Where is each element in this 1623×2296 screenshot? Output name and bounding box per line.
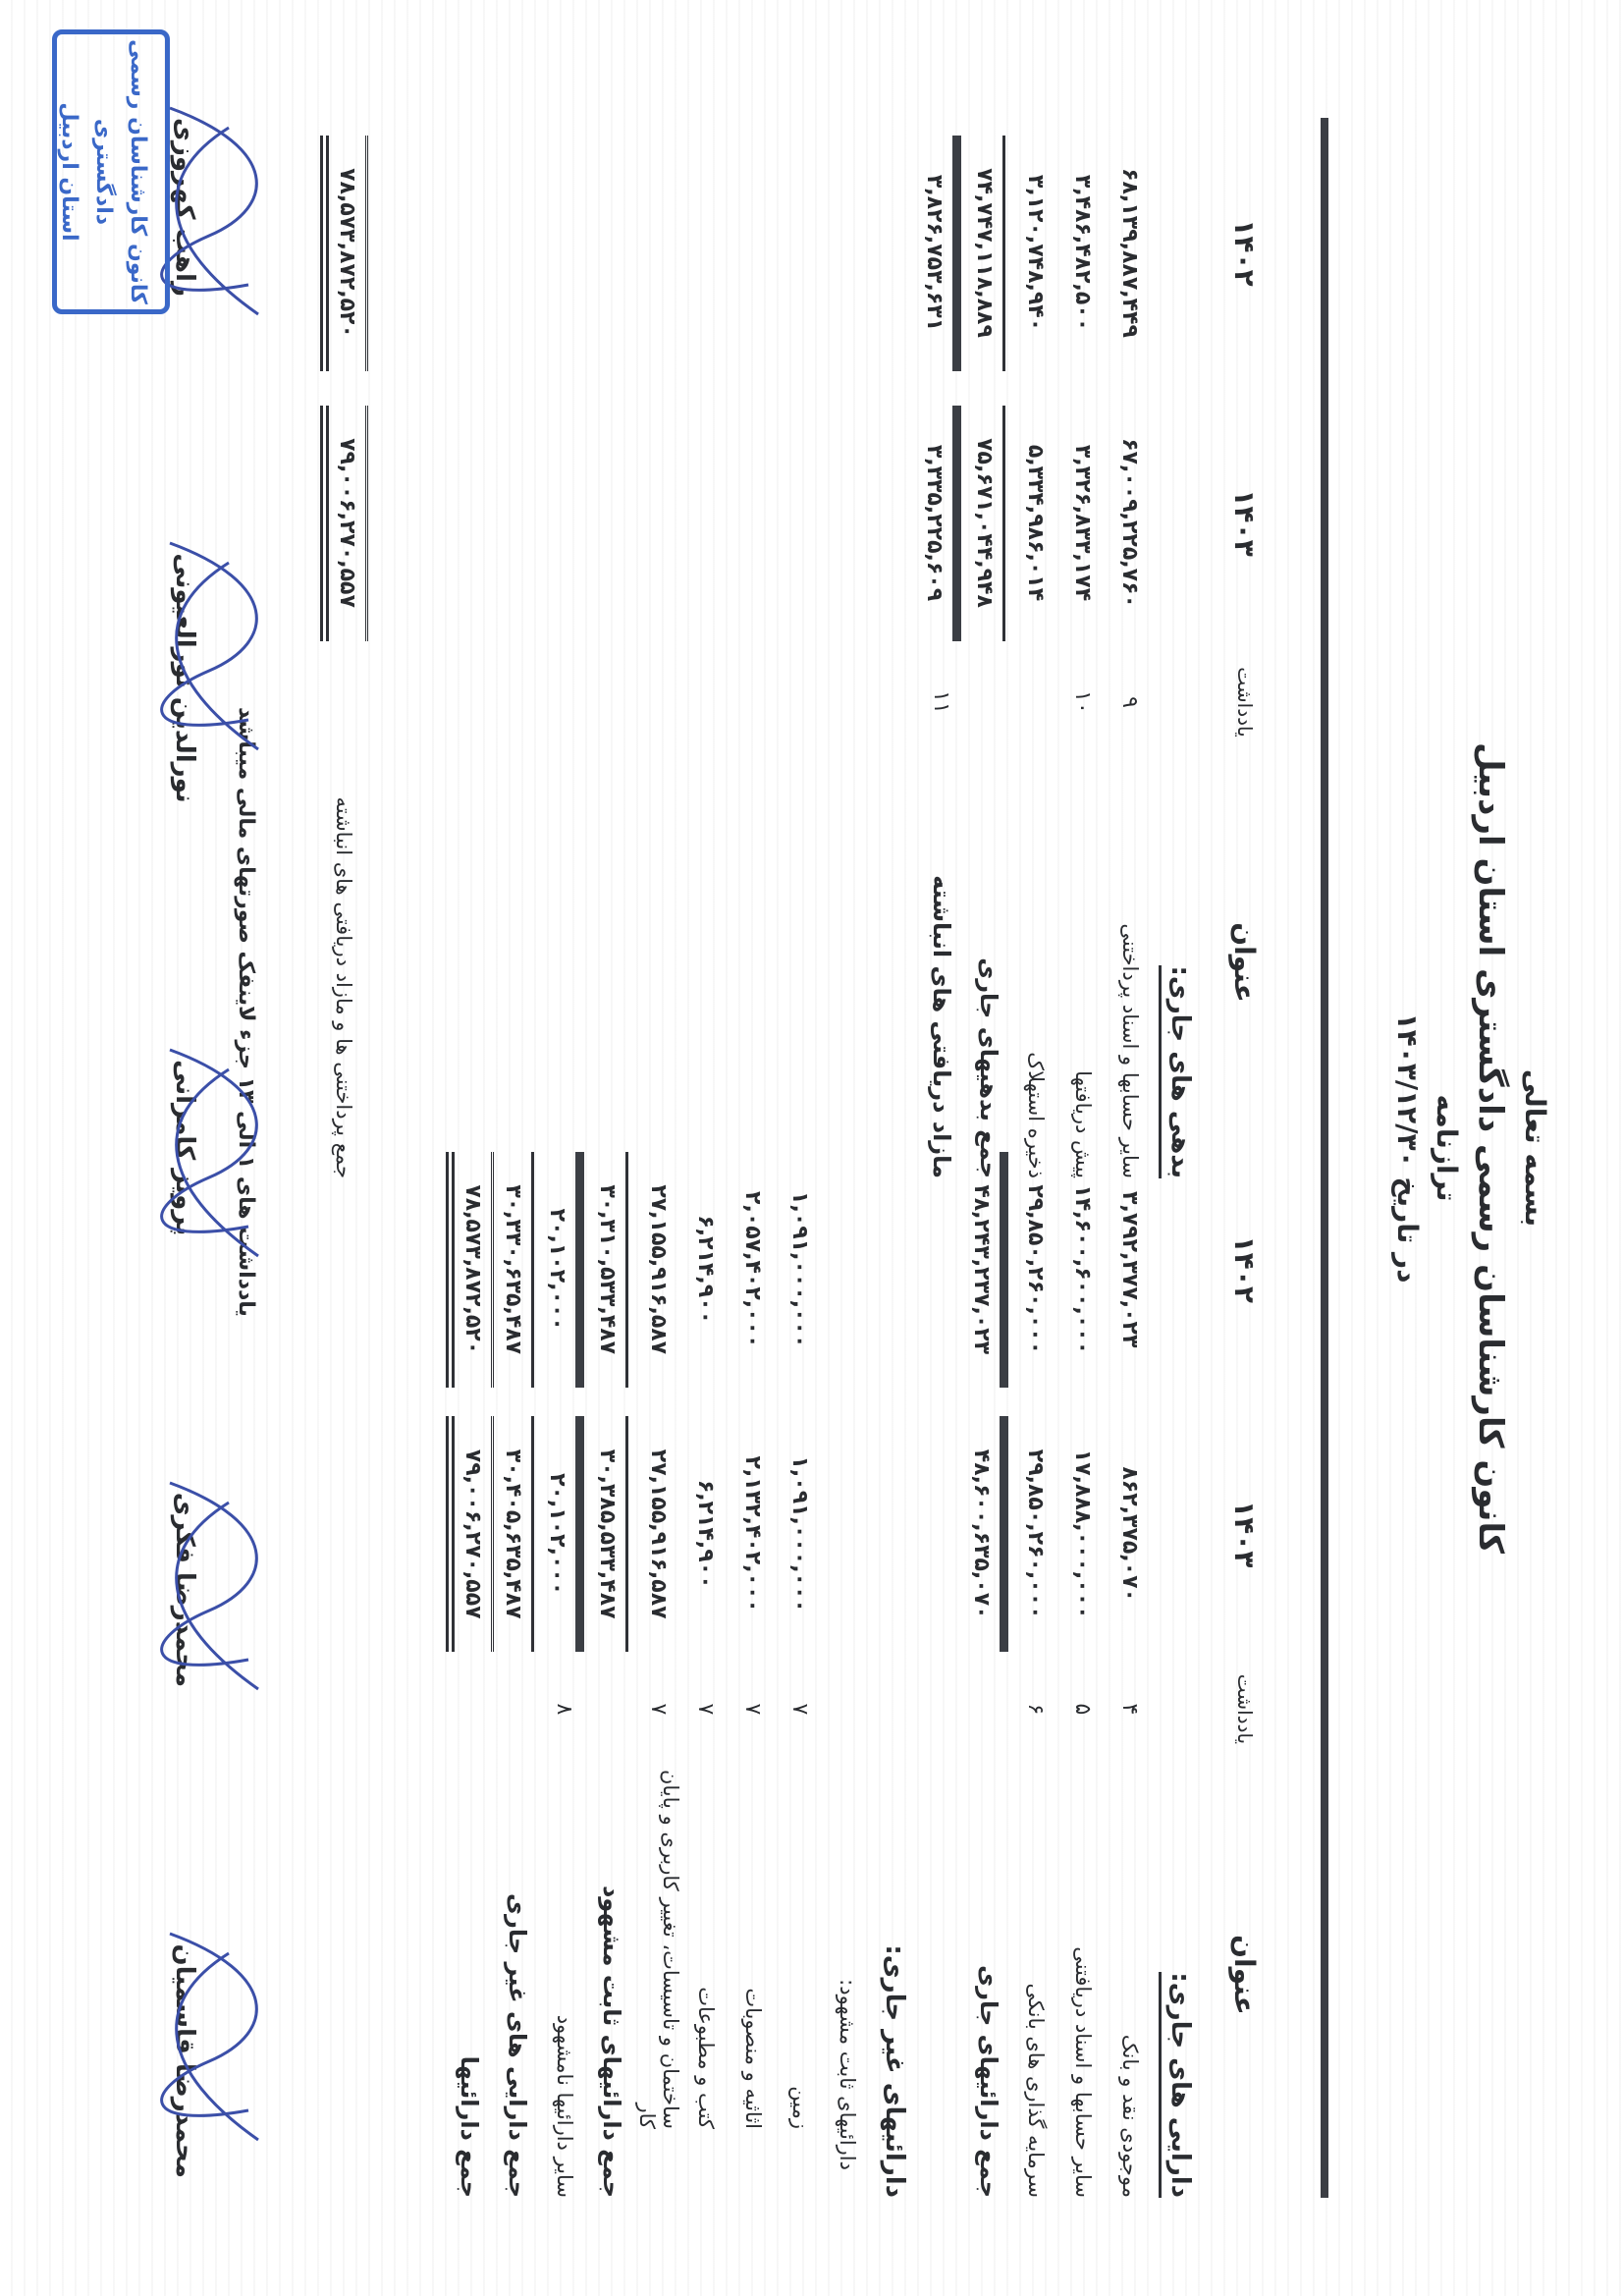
value-1402: ۷۴,۷۴۷,۱۱۸,۸۸۹ bbox=[972, 136, 1005, 371]
liabilities-header-row: عنوان یادداشت ۱۴۰۳ ۱۴۰۲ bbox=[1201, 118, 1289, 1178]
table-row: موجودی نقد و بانک۴۸۶۲,۳۷۵,۰۷۰۳,۷۹۲,۳۷۷,۰… bbox=[1107, 1137, 1154, 2198]
col-title-header: عنوان bbox=[1201, 746, 1289, 1178]
value-1403: ۸۶۲,۳۷۵,۰۷۰ bbox=[1118, 1416, 1143, 1652]
value-1402: ۷۸,۵۷۳,۸۷۲,۵۲۰ bbox=[446, 1152, 494, 1388]
row-note: ۷ bbox=[777, 1667, 824, 1752]
table-row: زمین۷۱,۰۹۱,۰۰۰,۰۰۰۱,۰۹۱,۰۰۰,۰۰۰ bbox=[777, 1137, 824, 2198]
signatory-name: محمدرضا فکری bbox=[170, 1493, 199, 1687]
value-1402: ۱,۰۹۱,۰۰۰,۰۰۰ bbox=[788, 1152, 813, 1388]
row-note: ۶ bbox=[1012, 1667, 1059, 1752]
value-1403: ۵,۳۳۴,۹۸۶,۰۱۴ bbox=[1024, 406, 1049, 641]
signatory-name: راهب کهروزی bbox=[170, 118, 199, 297]
current-liabilities-heading: بدهی های جاری: bbox=[1160, 965, 1196, 1178]
header-rule bbox=[1321, 118, 1328, 2198]
row-label: جمع دارائیها bbox=[446, 1752, 494, 2198]
signature-scribble-icon bbox=[131, 523, 288, 759]
table-row: کتب و مطبوعات۷۶,۲۱۴,۹۰۰۶,۲۱۴,۹۰۰ bbox=[682, 1137, 730, 2198]
footnote: یادداشت های ۱ الی ۱۳ جزء لاینفک صورتهای … bbox=[234, 707, 258, 1317]
signatory-name: نورالدین نورالعیونی bbox=[170, 553, 199, 802]
row-label: سایر دارائیها نامشهود bbox=[541, 1752, 588, 2198]
value-1402: ۲۹,۸۵۰,۲۶۰,۰۰۰ bbox=[1024, 1152, 1049, 1388]
document-header: بسمه تعالی کانون کارشناسان رسمی دادگستری… bbox=[1386, 0, 1554, 2296]
value-1403: ۲۷,۱۵۵,۹۱۶,۵۸۷ bbox=[647, 1416, 672, 1652]
row-note bbox=[1012, 658, 1059, 746]
row-note: ۱۰ bbox=[1059, 658, 1107, 746]
row-note: ۷ bbox=[682, 1667, 730, 1752]
row-label: سایر حسابها و اسناد دریافتنی bbox=[1059, 1752, 1107, 2198]
value-1403: ۲,۱۳۲,۴۰۲,۰۰۰ bbox=[741, 1416, 766, 1652]
total-liabilities-row: جمع پرداختنی ها و مازاد دریافتی های انبا… bbox=[320, 118, 368, 1178]
document-date: در تاریخ ۱۴۰۳/۱۲/۳۰ bbox=[1386, 0, 1427, 2296]
value-1403: ۶,۲۱۴,۹۰۰ bbox=[694, 1416, 719, 1652]
current-assets-heading: دارایی های جاری: bbox=[1160, 1972, 1196, 2198]
table-row: ساختمان و تاسیسات، تغییر کاربری و پایان … bbox=[635, 1137, 682, 2198]
noncurrent-assets-heading: دارائیهای غیر جاری: bbox=[871, 1137, 918, 2198]
row-label: ساختمان و تاسیسات، تغییر کاربری و پایان … bbox=[635, 1752, 682, 2198]
table-row: سرمایه گذاری های بانکی۶۲۹,۸۵۰,۲۶۰,۰۰۰۲۹,… bbox=[1012, 1137, 1059, 2198]
value-1402: ۳,۷۹۲,۳۷۷,۰۲۳ bbox=[1118, 1152, 1143, 1388]
row-label: موجودی نقد و بانک bbox=[1107, 1752, 1154, 2198]
row-label: ذخیره استهلاک bbox=[1012, 746, 1059, 1178]
value-1402: ۳۰,۳۱۰,۵۳۳,۴۸۷ bbox=[595, 1152, 628, 1388]
stamp-line-1: کانون کارشناسان رسمی دادگستری bbox=[86, 34, 155, 309]
row-note: ۹ bbox=[1107, 658, 1154, 746]
row-note: ۷ bbox=[635, 1667, 682, 1752]
value-1403: ۷۹,۰۰۶,۲۷۰,۵۵۷ bbox=[446, 1416, 494, 1652]
value-1403: ۲۰,۱۰۲,۰۰۰ bbox=[545, 1416, 584, 1652]
value-1402: ۱۴,۶۰۰,۶۰۰,۰۰۰ bbox=[1071, 1152, 1096, 1388]
row-label: پیش دریافتها bbox=[1059, 746, 1107, 1178]
value-1403: ۲۹,۸۵۰,۲۶۰,۰۰۰ bbox=[1024, 1416, 1049, 1652]
balance-sheet-page: بسمه تعالی کانون کارشناسان رسمی دادگستری… bbox=[0, 0, 1623, 2296]
liabilities-column: عنوان یادداشت ۱۴۰۳ ۱۴۰۲ بدهی های جاری: س… bbox=[320, 118, 1289, 1178]
organization-name: کانون کارشناسان رسمی دادگستری استان اردب… bbox=[1466, 0, 1514, 2296]
liabilities-table: عنوان یادداشت ۱۴۰۳ ۱۴۰۲ بدهی های جاری: س… bbox=[320, 118, 1289, 1178]
row-label: جمع بدهیهای جاری bbox=[965, 746, 1012, 1178]
row-note: ۱۱ bbox=[918, 658, 965, 746]
row-label: سرمایه گذاری های بانکی bbox=[1012, 1752, 1059, 2198]
row-label: جمع دارایی های غیر جاری bbox=[494, 1752, 541, 2198]
value-1402: ۲۰,۱۰۲,۰۰۰ bbox=[545, 1152, 584, 1388]
value-1403: ۴۸,۶۰۰,۶۳۵,۰۷۰ bbox=[969, 1416, 1008, 1652]
organization-stamp: کانون کارشناسان رسمی دادگستری استان اردب… bbox=[52, 29, 170, 314]
table-row: اثاثیه و منصوبات۷۲,۱۳۲,۴۰۲,۰۰۰۲,۰۵۷,۴۰۲,… bbox=[730, 1137, 777, 2198]
row-note: ۸ bbox=[541, 1667, 588, 1752]
current-assets-total-row: جمع دارائیهای جاری ۴۸,۶۰۰,۶۳۵,۰۷۰ ۴۸,۲۴۳… bbox=[965, 1137, 1012, 2198]
value-1403: ۷۹,۰۰۶,۲۷۰,۵۵۷ bbox=[320, 406, 368, 641]
col-title-header: عنوان bbox=[1201, 1752, 1289, 2198]
table-row: ذخیره استهلاک۵,۳۳۴,۹۸۶,۰۱۴۳,۱۲۰,۷۴۸,۹۴۰ bbox=[1012, 118, 1059, 1178]
stamp-line-2: استان اردبیل bbox=[51, 34, 85, 309]
row-note: ۴ bbox=[1107, 1667, 1154, 1752]
bismillah: بسمه تعالی bbox=[1514, 0, 1554, 2296]
row-label: جمع پرداختنی ها و مازاد دریافتی های انبا… bbox=[320, 746, 368, 1178]
col-note-header: یادداشت bbox=[1201, 1667, 1289, 1752]
total-assets-row: جمع دارائیها ۷۹,۰۰۶,۲۷۰,۵۵۷ ۷۸,۵۷۳,۸۷۲,۵… bbox=[446, 1137, 494, 2198]
col-1403-header: ۱۴۰۳ bbox=[1201, 388, 1289, 658]
value-1402: ۳۰,۳۳۰,۶۳۵,۴۸۷ bbox=[501, 1152, 534, 1388]
col-1402-header: ۱۴۰۲ bbox=[1201, 118, 1289, 388]
value-1402: ۶,۲۱۴,۹۰۰ bbox=[694, 1152, 719, 1388]
value-1402: ۴۸,۲۴۳,۲۳۷,۰۲۳ bbox=[969, 1152, 1008, 1388]
value-1403: ۱۷,۸۸۸,۰۰۰,۰۰۰ bbox=[1071, 1416, 1096, 1652]
assets-header-row: عنوان یادداشت ۱۴۰۳ ۱۴۰۲ bbox=[1201, 1137, 1289, 2198]
value-1403: ۶۷,۰۰۹,۲۲۵,۷۶۰ bbox=[1118, 406, 1143, 641]
col-1403-header: ۱۴۰۳ bbox=[1201, 1401, 1289, 1666]
signature-scribble-icon bbox=[131, 1463, 288, 1699]
value-1402: ۳,۴۸۶,۴۸۲,۵۰۰ bbox=[1071, 136, 1096, 371]
table-row: سایر حسابها و اسناد دریافتنی۵۱۷,۸۸۸,۰۰۰,… bbox=[1059, 1137, 1107, 2198]
row-label: مازاد دریافتی های انباشته bbox=[918, 746, 965, 1178]
value-1402: ۳,۱۲۰,۷۴۸,۹۴۰ bbox=[1024, 136, 1049, 371]
row-label: جمع دارائیهای ثابت مشهود bbox=[588, 1752, 635, 2198]
table-row: پیش دریافتها۱۰۳,۳۲۶,۸۳۳,۱۷۴۳,۴۸۶,۴۸۲,۵۰۰ bbox=[1059, 118, 1107, 1178]
value-1403: ۳,۳۳۵,۲۲۵,۶۰۹ bbox=[922, 406, 961, 641]
value-1403: ۷۵,۶۷۱,۰۴۴,۹۴۸ bbox=[972, 406, 1005, 641]
value-1403: ۳۰,۴۰۵,۶۳۵,۴۸۷ bbox=[501, 1416, 534, 1652]
value-1402: ۶۸,۱۳۹,۸۸۷,۴۴۹ bbox=[1118, 136, 1143, 371]
value-1402: ۷۸,۵۷۳,۸۷۲,۵۲۰ bbox=[320, 136, 368, 371]
value-1403: ۳,۳۲۶,۸۳۳,۱۷۴ bbox=[1071, 406, 1096, 641]
value-1402: ۳,۸۲۶,۷۵۳,۶۳۱ bbox=[922, 136, 961, 371]
row-label: سایر حسابها و اسناد پرداختنی bbox=[1107, 746, 1154, 1178]
value-1402: ۲۷,۱۵۵,۹۱۶,۵۸۷ bbox=[647, 1152, 672, 1388]
row-note: ۷ bbox=[730, 1667, 777, 1752]
value-1403: ۱,۰۹۱,۰۰۰,۰۰۰ bbox=[788, 1416, 813, 1652]
value-1403: ۳۰,۳۸۵,۵۳۳,۴۸۷ bbox=[595, 1416, 628, 1652]
row-label: اثاثیه و منصوبات bbox=[730, 1752, 777, 2198]
document-title: ترازنامه bbox=[1427, 0, 1467, 2296]
assets-table: عنوان یادداشت ۱۴۰۳ ۱۴۰۲ دارایی های جاری:… bbox=[446, 1137, 1289, 2198]
signatory-name: محمدرضا قاسمیان bbox=[170, 1943, 199, 2178]
row-label: کتب و مطبوعات bbox=[682, 1752, 730, 2198]
signatures: محمدرضا قاسمیانمحمدرضا فکریپرویز کامرانی… bbox=[170, 118, 199, 2178]
col-note-header: یادداشت bbox=[1201, 658, 1289, 746]
fixed-assets-heading: دارائیهای ثابت مشهود: bbox=[824, 1137, 871, 2198]
noncurrent-assets-total-row: جمع دارایی های غیر جاری ۳۰,۴۰۵,۶۳۵,۴۸۷ ۳… bbox=[494, 1137, 541, 2198]
other-assets-row: سایر دارائیها نامشهود ۸ ۲۰,۱۰۲,۰۰۰ ۲۰,۱۰… bbox=[541, 1137, 588, 2198]
current-liabilities-total-row: جمع بدهیهای جاری ۷۵,۶۷۱,۰۴۴,۹۴۸ ۷۴,۷۴۷,۱… bbox=[965, 118, 1012, 1178]
signatory-name: پرویز کامرانی bbox=[170, 1060, 199, 1235]
signature-scribble-icon bbox=[131, 1030, 288, 1266]
accumulated-surplus-row: مازاد دریافتی های انباشته ۱۱ ۳,۳۳۵,۲۲۵,۶… bbox=[918, 118, 965, 1178]
table-row: سایر حسابها و اسناد پرداختنی۹۶۷,۰۰۹,۲۲۵,… bbox=[1107, 118, 1154, 1178]
fixed-assets-total-row: جمع دارائیهای ثابت مشهود ۳۰,۳۸۵,۵۳۳,۴۸۷ … bbox=[588, 1137, 635, 2198]
signature-scribble-icon bbox=[131, 1914, 288, 2150]
row-label: جمع دارائیهای جاری bbox=[965, 1752, 1012, 2198]
row-label: زمین bbox=[777, 1752, 824, 2198]
assets-column: عنوان یادداشت ۱۴۰۳ ۱۴۰۲ دارایی های جاری:… bbox=[446, 1137, 1289, 2198]
row-note: ۵ bbox=[1059, 1667, 1107, 1752]
value-1402: ۲,۰۵۷,۴۰۲,۰۰۰ bbox=[741, 1152, 766, 1388]
